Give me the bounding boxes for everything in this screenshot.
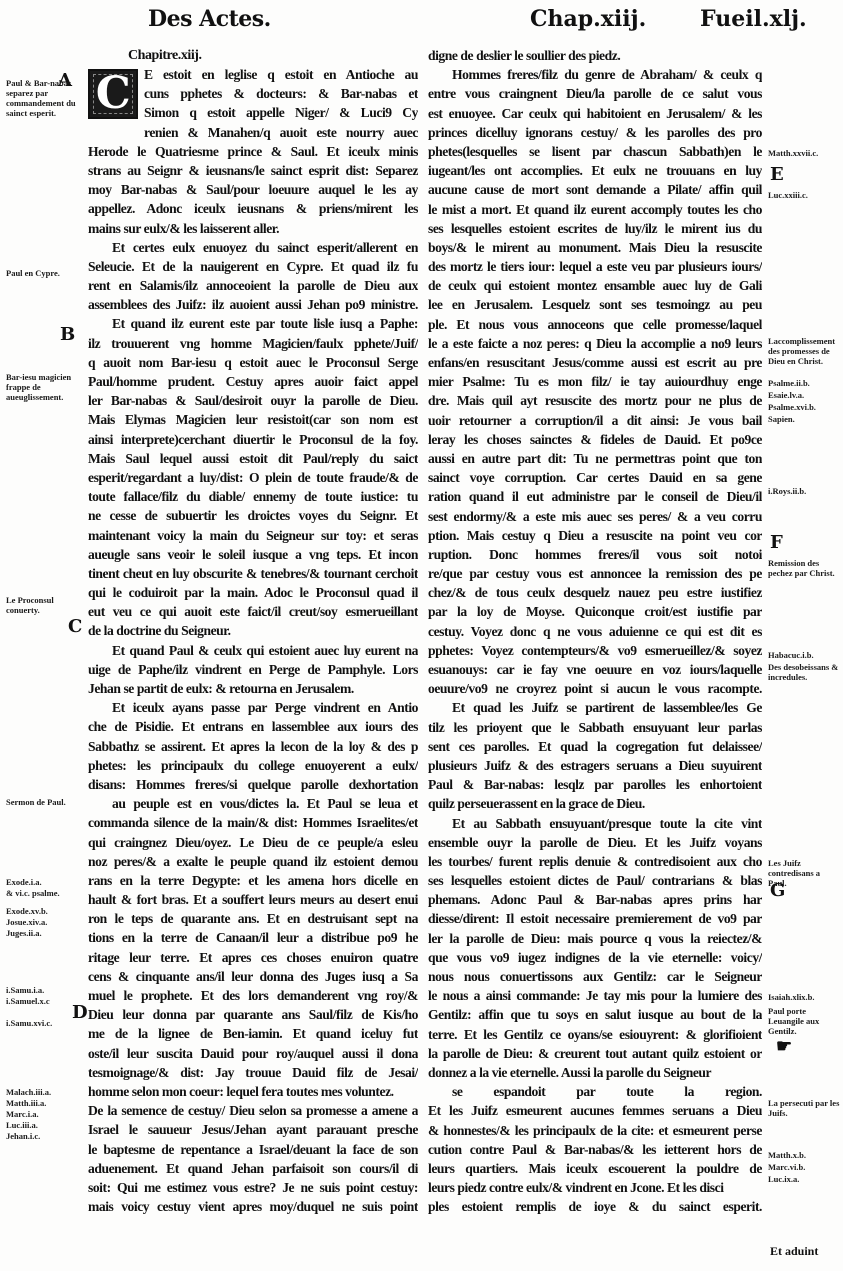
text-line: Seleucie. Et de la nauigerent en Cypre. … — [88, 257, 418, 276]
text-line: assemblees des Juifz: ilz auoient aussi … — [88, 295, 418, 314]
chapter-heading: Chapitre.xiij. — [88, 46, 418, 65]
text-line: muel le prophete. Et des lors demanderen… — [88, 986, 418, 1005]
text-line: princes dicelluy ignorans cestuy/ & les … — [428, 123, 762, 142]
text-line: ple. Et nous vous annoceons que celle pr… — [428, 315, 762, 334]
text-line: par la loy de Moyse. Quiconque croit/est… — [428, 602, 762, 621]
text-line: uoir retourner a corruption/il a dit ain… — [428, 411, 762, 430]
text-line: aussi en autre part dit: Tu ne permettra… — [428, 449, 762, 468]
text-line: iugeant/les ont accomplies. Et eulx ne t… — [428, 161, 762, 180]
text-line: est enuoyee. Car ceulx qui habitoient en… — [428, 104, 762, 123]
text-line: moy Bar-nabas & Saul/pour loeuure auquel… — [88, 180, 418, 199]
text-line: q auoit nom Bar-iesu q estoit auec le Pr… — [88, 353, 418, 372]
text-line: cestuy. Voyez donc q ne vous aduienne ce… — [428, 622, 762, 641]
margin-note: Sapien. — [768, 414, 840, 424]
text-line: appellez. Adonc iceulx ieusnans & priens… — [88, 199, 418, 218]
text-line: des mortz le tiers iour: lequel a este v… — [428, 257, 762, 276]
text-line: Et quand ilz eurent este par toute lisle… — [88, 314, 418, 333]
text-line: rent en Salamis/ilz annoceoient la parol… — [88, 276, 418, 295]
text-line: noz peres/& a exalte le peuple quand ilz… — [88, 852, 418, 871]
scanned-page: Des Actes. Chap.xiij. Fueil.xlj. Chapitr… — [0, 0, 843, 1271]
text-line: qui craingnez Dieu/oyez. Le Dieu de ce p… — [88, 833, 418, 852]
text-line: uige de Paphe/ilz vindrent en Perge de P… — [88, 660, 418, 679]
text-line: diesse/dirent: Il estoit necessaire prem… — [428, 909, 762, 928]
text-line: Israel le sauueur Jesus/Jehan ayant para… — [88, 1120, 418, 1139]
margin-note: Luc.iii.a. — [6, 1120, 82, 1130]
text-line: ainsi interprete)cerchant diuertir le Pr… — [88, 430, 418, 449]
text-line: esperit/regardant a luy/dist: O plein de… — [88, 468, 418, 487]
section-letter: C — [68, 616, 82, 637]
text-line: donnez a la vie eternelle. Aussi la paro… — [428, 1063, 762, 1082]
text-line: Et quand Paul & ceulx qui estoient auec … — [88, 641, 418, 660]
margin-note: La persecuti par les Juifs. — [768, 1098, 840, 1118]
text-line: ples estoient remplis de ioye & du sainc… — [428, 1197, 762, 1216]
text-line: ses lesquelles estoient escrites de luy/… — [428, 219, 762, 238]
margin-note: Luc.ix.a. — [768, 1174, 840, 1184]
catchword: Et aduint — [770, 1244, 818, 1259]
text-line: le nous a ainsi commande: Je tay mis pou… — [428, 986, 762, 1005]
text-line: qui le coduiroit par la main. Adoc le Pr… — [88, 583, 418, 602]
text-line: que vous vo9 iugez indignes de la vie et… — [428, 948, 762, 967]
text-line: eut veu ce qui auoit este faict/il creut… — [88, 602, 418, 621]
margin-note: Paul en Cypre. — [6, 268, 82, 278]
margin-note: Matth.iii.a. — [6, 1098, 82, 1108]
text-line: rans en la terre Degypte: et les amena h… — [88, 871, 418, 890]
text-line: Et les Juifz esmeurent aucunes femmes se… — [428, 1101, 762, 1120]
margin-note: Bar-iesu magicien frappe de aueuglisseme… — [6, 372, 82, 402]
text-line: digne de deslier le soullier des piedz. — [428, 46, 762, 65]
text-line: Et certes eulx enuoyez du sainct esperit… — [88, 238, 418, 257]
text-line: sainct voye corruption. Car certes Dauid… — [428, 468, 762, 487]
text-line: phetes(lesquelles se lisent par chascun … — [428, 142, 762, 161]
margin-note: Psalme.ii.b. — [768, 378, 840, 388]
margin-note: Remission des pechez par Christ. — [768, 558, 840, 578]
margin-note: Matth.x.b. — [768, 1150, 840, 1160]
text-line: aucune cause de mort sont demande a Pila… — [428, 180, 762, 199]
text-line: ption. Mais cestuy q Dieu a resuscite na… — [428, 526, 762, 545]
text-line: Sabbathz se assirent. Et apres la lecon … — [88, 737, 418, 756]
text-line: toute fallace/filz du diable/ ennemy de … — [88, 487, 418, 506]
text-line: tesmoignage/& dist: Jay trouue Dauid fil… — [88, 1063, 418, 1082]
text-line: hault & fort bras. Et a souffert leurs m… — [88, 890, 418, 909]
margin-note: i.Samuel.x.c — [6, 996, 82, 1006]
text-line: ritage leur terre. Et apres ces choses e… — [88, 948, 418, 967]
text-line: tions en la terre de Canaan/il leur a di… — [88, 928, 418, 947]
margin-note: Luc.xxiii.c. — [768, 190, 840, 200]
text-line: esuanouys: car ie fay vne oeuure en voz … — [428, 660, 762, 679]
text-line: le baptesme de repentance a Israel/deuan… — [88, 1140, 418, 1159]
margin-note: Josue.xiv.a. — [6, 917, 82, 927]
text-line: Paul & Bar-nabas: lesqlz par parolles le… — [428, 775, 762, 794]
text-line: ron le teps de quarante ans. Et en destr… — [88, 909, 418, 928]
text-line: soit: Qui me estimez vous estre? Je ne s… — [88, 1178, 418, 1197]
margin-note: Le Proconsul conuerty. — [6, 595, 82, 615]
text-line: leurs quartiers. Mais iceulx escouerent … — [428, 1159, 762, 1178]
margin-note: i.Roys.ii.b. — [768, 486, 840, 496]
text-line: Gentilz: affin que tu soys en salut iusq… — [428, 1005, 762, 1024]
text-line: cution contre Paul & Bar-nabas/& les iet… — [428, 1140, 762, 1159]
text-line: au peuple est en vous/dictes la. Et Paul… — [88, 794, 418, 813]
text-line: renien & Manahen/q auoit este nourry aue… — [88, 123, 418, 142]
text-line: leray les choses sainctes & fideles de D… — [428, 430, 762, 449]
margin-note: Laccomplissement des promesses de Dieu e… — [768, 336, 840, 366]
margin-note: Esaie.lv.a. — [768, 390, 840, 400]
text-line: leurs piedz contre eulx/& vindrent en Jc… — [428, 1178, 762, 1197]
text-line: phemans. Adonc Paul & Bar-nabas apres pr… — [428, 890, 762, 909]
text-line: aueugle sans veoir le soleil iusque a vn… — [88, 545, 418, 564]
text-line: cens & cinquante ans/il leur donna des J… — [88, 967, 418, 986]
text-line: sent ces parolles. Et quad la cogregatio… — [428, 737, 762, 756]
text-line: ensemble ouyr la parolle de Dieu. Et les… — [428, 833, 762, 852]
text-line: disans: Hommes freres/si quelque parolle… — [88, 775, 418, 794]
text-line: sest endormy/& a este mis auec ses peres… — [428, 507, 762, 526]
text-line: oeuure/vo9 ne croyrez point si aucun le … — [428, 679, 762, 698]
margin-note: Paul & Bar-nabas separez par commandemen… — [6, 78, 82, 118]
text-line: la parolle de Dieu: & creurent tout auta… — [428, 1044, 762, 1063]
margin-note: Marc.vi.b. — [768, 1162, 840, 1172]
margin-note: Isaiah.xlix.b. — [768, 992, 840, 1002]
margin-note: Des desobeissans & incredules. — [768, 662, 840, 682]
text-line: Mais Elymas Magicien leur resistoit(car … — [88, 410, 418, 429]
text-line: de ceulx qui estoient montez ensamble au… — [428, 276, 762, 295]
text-line: se espandoit par toute la region. — [428, 1082, 762, 1101]
text-line: me de la lignee de Ben-iamin. Et quand i… — [88, 1024, 418, 1043]
text-line: ler Bar-nabas & Saul/desiroit ouyr la pa… — [88, 391, 418, 410]
text-line: ses lesquelles estoient dictes de Paul/ … — [428, 871, 762, 890]
margin-note: Juges.ii.a. — [6, 928, 82, 938]
margin-note: Psalme.xvi.b. — [768, 402, 840, 412]
text-line: Dieu leur donna par quarante ans Saul/fi… — [88, 1005, 418, 1024]
text-line: lee en Jerusalem. Lesquelz sont ses tesm… — [428, 295, 762, 314]
text-line: tinent cheut en luy obscurite & tenebres… — [88, 564, 418, 583]
text-line: dre. Mais quil ayt resuscite des mortz p… — [428, 391, 762, 410]
text-line: strans au Seignr & ieusnans/le sainct es… — [88, 161, 418, 180]
text-line: maintenant voicy la main du Seigneur sur… — [88, 526, 418, 545]
margin-note: Exode.xv.b. — [6, 906, 82, 916]
text-line: Paul/homme prudent. Cestuy apres auoir f… — [88, 372, 418, 391]
margin-note: Jehan.i.c. — [6, 1131, 82, 1141]
margin-note: Malach.iii.a. — [6, 1087, 82, 1097]
text-line: & honnestes/& les principaulx de la cite… — [428, 1121, 762, 1140]
margin-note: i.Samu.i.a. — [6, 985, 82, 995]
ornamental-initial-icon: C — [88, 69, 138, 119]
text-line: ne cesse de subuertir les droictes voyes… — [88, 506, 418, 525]
text-line: commanda silence de la main/& dist: Homm… — [88, 813, 418, 832]
text-line: pphetes: Voyez contempteurs/& vo9 esmeru… — [428, 641, 762, 660]
text-line: les tourbes/ furent replis denuie & cont… — [428, 852, 762, 871]
text-line: Et iceulx ayans passe par Perge vindrent… — [88, 698, 418, 717]
chapter-number: Chap.xiij. — [530, 6, 646, 32]
section-letter: G — [770, 880, 785, 901]
text-line: chez/& de tous ceulx desquelz nauez peu … — [428, 583, 762, 602]
text-line: De la semence de cestuy/ Dieu selon sa p… — [88, 1101, 418, 1120]
margin-note: Habacuc.i.b. — [768, 650, 840, 660]
section-letter: F — [770, 532, 783, 553]
text-line: enfans/en resuscitant Jesus/comme aussi … — [428, 353, 762, 372]
book-title: Des Actes. — [148, 6, 271, 32]
section-letter: E — [770, 164, 784, 185]
text-line: Et au Sabbath ensuyuant/presque toute la… — [428, 814, 762, 833]
text-line: terre. Et les Gentilz ce oyans/se esiouy… — [428, 1025, 762, 1044]
text-line: ler la parolle de Dieu: mais pource q vo… — [428, 929, 762, 948]
text-line: quilz perseuerassent en la grace de Dieu… — [428, 794, 762, 813]
text-line: aduenement. Et quand Jehan parfaisoit so… — [88, 1159, 418, 1178]
left-text-column: Chapitre.xiij. CE estoit en leglise q es… — [88, 46, 418, 1216]
text-line: boys/& le mirent au monument. Mais Dieu … — [428, 238, 762, 257]
text-line: plusieurs Juifz & des estragers seruans … — [428, 756, 762, 775]
text-line: mains sur eulx/& les laisserent aller. — [88, 219, 418, 238]
section-letter: B — [60, 324, 75, 345]
text-line: tilz les prioyent que le Sabbath ensuyua… — [428, 718, 762, 737]
text-line: Et quad les Juifz se partirent de lassem… — [428, 698, 762, 717]
text-line: ilz trouuerent vng homme Magicien/faulx … — [88, 334, 418, 353]
text-line: mier Psalme: Tu es mon filz/ ie tay auio… — [428, 372, 762, 391]
text-line: Mais Saul lequel aussi estoit dit Paul/r… — [88, 449, 418, 468]
text-line: le a este faicte a noz peres: q Dieu la … — [428, 334, 762, 353]
text-line: ration quand il eut administre par le co… — [428, 487, 762, 506]
margin-note: Paul porte Leuangile aux Gentilz. — [768, 1006, 840, 1036]
text-line: le mist a mort. Et quand ilz eurent acco… — [428, 200, 762, 219]
margin-note: & vi.c. psalme. — [6, 888, 82, 898]
text-line: nous nous conuertissons aux Gentilz: car… — [428, 967, 762, 986]
text-line: de la doctrine du Seigneur. — [88, 621, 418, 640]
text-line: oste/il leur suscita Dauid pour roy/auqu… — [88, 1044, 418, 1063]
text-line: entre vous craingnent Dieu/la parolle de… — [428, 84, 762, 103]
margin-note: Sermon de Paul. — [6, 797, 82, 807]
margin-note: i.Samu.xvi.c. — [6, 1018, 82, 1028]
right-text-column: digne de deslier le soullier des piedz.H… — [428, 46, 762, 1216]
text-line: Jehan se partit de eulx: & retourna en J… — [88, 679, 418, 698]
manicule-icon: ☛ — [776, 1036, 792, 1057]
margin-note: Marc.i.a. — [6, 1109, 82, 1119]
text-line: phetes: les principaulx du college enuoy… — [88, 756, 418, 775]
margin-note: Matth.xxvii.c. — [768, 148, 840, 158]
text-line: ruption. Donc hommes freres/il vous soit… — [428, 545, 762, 564]
text-line: Herode le Quatriesme prince & Saul. Et i… — [88, 142, 418, 161]
folio-number: Fueil.xlj. — [700, 6, 807, 32]
text-line: re/que par cestuy vous est annoncee la r… — [428, 564, 762, 583]
text-line: homme selon mon coeur: lequel fera toute… — [88, 1082, 418, 1101]
dropcap-block: CE estoit en leglise q estoit en Antioch… — [88, 65, 418, 142]
margin-note: Exode.i.a. — [6, 877, 82, 887]
text-line: mais voicy cestuy vient apres moy/duquel… — [88, 1197, 418, 1216]
running-head: Des Actes. Chap.xiij. Fueil.xlj. — [0, 4, 843, 44]
text-line: che de Pisidie. Et entrans en lassemblee… — [88, 717, 418, 736]
text-line: Hommes freres/filz du genre de Abraham/ … — [428, 65, 762, 84]
